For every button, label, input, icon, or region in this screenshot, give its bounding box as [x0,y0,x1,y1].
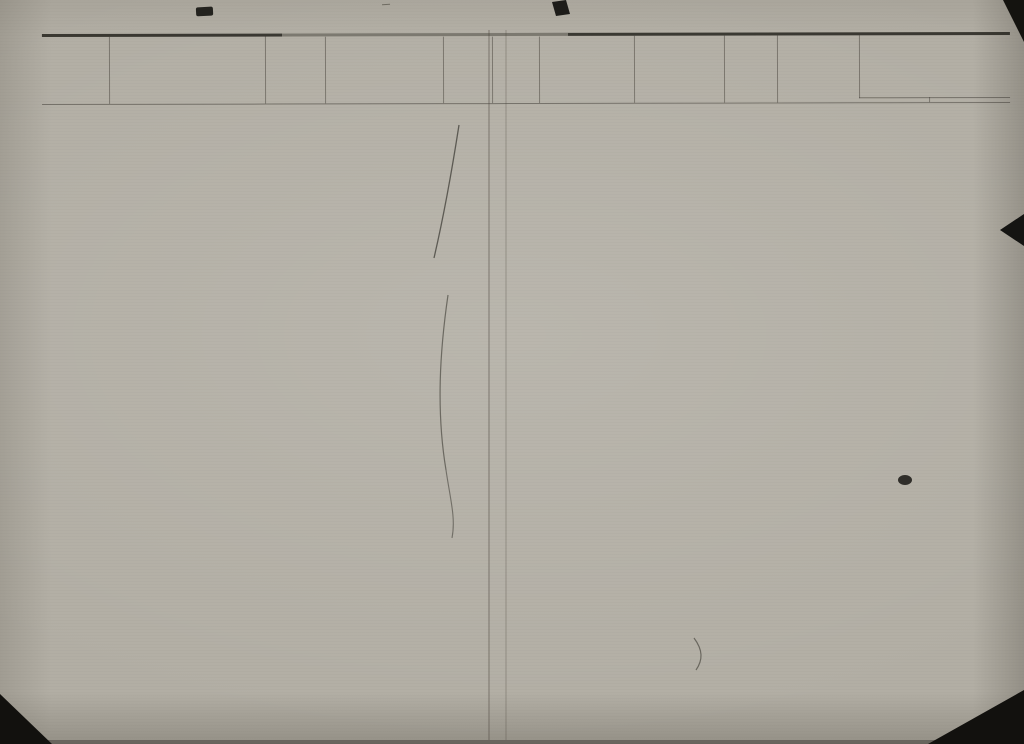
corner-shadow [0,694,52,744]
table-header-row [42,35,1010,100]
ink-blob [552,0,570,16]
casualty-table [42,32,1010,105]
scanned-casualty-list-page [0,0,1024,744]
header-birthplace [539,36,634,104]
pen-stroke [434,125,459,258]
pen-stroke [446,470,453,538]
header-party-membership [444,36,493,104]
paper-texture [0,0,1024,744]
pen-stroke [694,638,701,670]
header-relative-name [860,98,930,103]
pen-stroke [440,295,448,470]
header-relative-address [930,97,1010,102]
casualty-table-grid [42,35,1010,105]
header-drafted-by [634,36,724,104]
header-relatives-group [860,35,1010,98]
corner-shadow [928,690,1024,744]
header-when-why-lost [724,35,777,103]
header-military-rank [266,36,326,104]
bottom-edge-shadow [45,740,935,744]
header-full-name [110,37,266,105]
header-birth-year [492,36,540,104]
page-tear [1000,214,1024,246]
table-top-border-gap [282,33,568,37]
header-duty-specialty [326,36,444,104]
tape-mark [196,7,213,17]
scan-artifacts-overlay [0,0,1024,744]
handwritten-size-note [382,3,390,6]
ink-blob [898,475,912,485]
header-serial-number [42,37,110,105]
header-burial-place [778,35,860,103]
